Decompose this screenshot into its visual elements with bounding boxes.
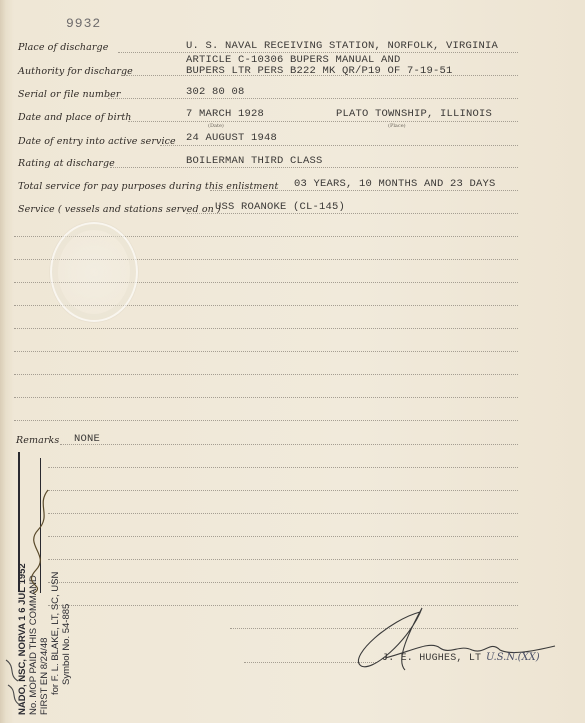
ruled-line xyxy=(14,328,518,329)
value-authority-line2: BUPERS LTR PERS B222 MK QR/P19 OF 7-19-5… xyxy=(186,65,453,77)
dotted-line xyxy=(186,213,518,214)
label-place-of-discharge: Place of discharge xyxy=(18,42,108,53)
value-birth-date: 7 MARCH 1928 xyxy=(186,108,264,120)
ruled-line xyxy=(14,420,518,421)
signature xyxy=(340,600,570,680)
ruled-line xyxy=(14,374,518,375)
dotted-line xyxy=(128,121,518,122)
label-serial-number: Serial or file number xyxy=(18,89,121,100)
dotted-line xyxy=(210,190,518,191)
value-date-entry-service: 24 AUGUST 1948 xyxy=(186,132,277,144)
ruled-line xyxy=(48,536,518,537)
caption-date: (Date) xyxy=(208,123,224,129)
label-date-entry-service: Date of entry into active service xyxy=(18,136,176,147)
value-place-of-discharge: U. S. NAVAL RECEIVING STATION, NORFOLK, … xyxy=(186,40,498,52)
signatory-name: J. E. HUGHES, LT xyxy=(382,653,481,664)
value-serial-number: 302 80 08 xyxy=(186,86,245,98)
value-rating-at-discharge: BOILERMAN THIRD CLASS xyxy=(186,155,323,167)
embossed-seal xyxy=(50,222,138,322)
ruled-line xyxy=(14,397,518,398)
dotted-line xyxy=(118,52,518,53)
label-remarks: Remarks xyxy=(16,435,59,446)
ruled-line xyxy=(48,582,518,583)
ruled-line xyxy=(48,559,518,560)
signatory-service: U.S.N.(XX) xyxy=(486,652,540,663)
handwritten-marks xyxy=(2,655,28,715)
value-birth-place: PLATO TOWNSHIP, ILLINOIS xyxy=(336,108,492,120)
handwritten-initials xyxy=(28,485,58,595)
value-total-service: 03 YEARS, 10 MONTHS AND 23 DAYS xyxy=(294,178,496,190)
ruled-line xyxy=(14,351,518,352)
ruled-line xyxy=(48,490,518,491)
ruled-line xyxy=(48,467,518,468)
ruled-line xyxy=(48,513,518,514)
document-number: 9932 xyxy=(66,16,101,31)
stamp-line-5: Symbol No. 54-885 xyxy=(61,485,72,715)
dotted-line xyxy=(160,145,518,146)
value-service-vessels: USS ROANOKE (CL-145) xyxy=(215,201,345,213)
label-authority-for-discharge: Authority for discharge xyxy=(18,66,133,77)
label-rating-at-discharge: Rating at discharge xyxy=(18,158,115,169)
ruled-line xyxy=(60,444,518,445)
label-date-place-birth: Date and place of birth xyxy=(18,112,132,123)
caption-place: (Place) xyxy=(388,123,406,129)
dotted-line xyxy=(108,98,518,99)
dotted-line xyxy=(110,167,518,168)
